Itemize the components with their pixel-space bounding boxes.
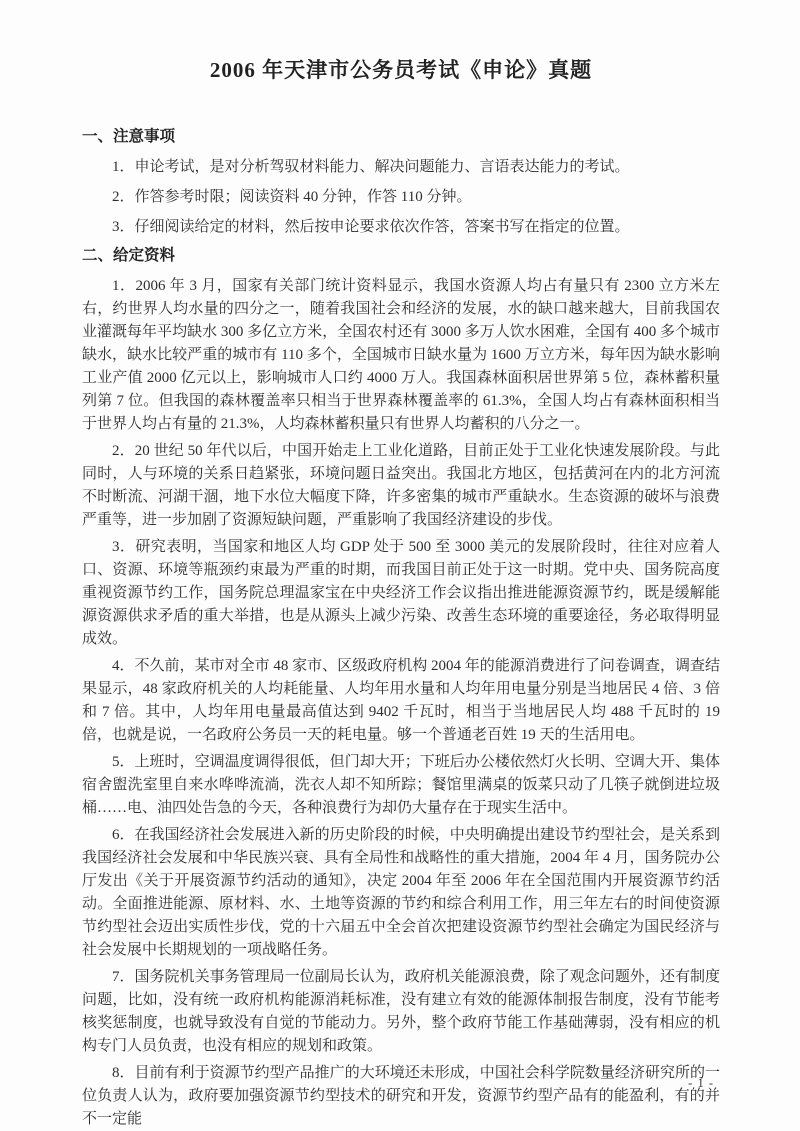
section-notice: 一、注意事项 1．申论考试，是对分析驾驭材料能力、解决问题能力、言语表达能力的考… <box>82 127 720 238</box>
material-paragraph-7: 7．国务院机关事务管理局一位副局长认为，政府机关能源浪费，除了观念问题外，还有制… <box>82 966 720 1058</box>
material-paragraph-3: 3．研究表明，当国家和地区人均 GDP 处于 500 至 3000 美元的发展阶… <box>82 536 720 651</box>
material-paragraph-4: 4．不久前，某市对全市 48 家市、区级政府机构 2004 年的能源消费进行了问… <box>82 655 720 747</box>
material-paragraph-5: 5．上班时，空调温度调得很低，但门却大开；下班后办公楼依然灯火长明、空调大开、集… <box>82 751 720 820</box>
material-paragraph-6: 6．在我国经济社会发展进入新的历史阶段的时候，中央明确提出建设节约型社会，是关系… <box>82 824 720 962</box>
notice-item-3: 3．仔细阅读给定的材料，然后按申论要求依次作答，答案书写在指定的位置。 <box>82 216 720 238</box>
notice-item-2: 2．作答参考时限；阅读资料 40 分钟，作答 110 分钟。 <box>82 186 720 208</box>
section-materials: 二、给定资料 1．2006 年 3 月，国家有关部门统计资料显示，我国水资源人均… <box>82 246 720 1131</box>
notice-item-1: 1．申论考试，是对分析驾驭材料能力、解决问题能力、言语表达能力的考试。 <box>82 156 720 178</box>
material-paragraph-1: 1．2006 年 3 月，国家有关部门统计资料显示，我国水资源人均占有量只有 2… <box>82 275 720 436</box>
material-paragraph-8: 8．目前有利于资源节约型产品推广的大环境还未形成，中国社会科学院数量经济研究所的… <box>82 1062 720 1131</box>
material-paragraph-2: 2．20 世纪 50 年代以后，中国开始走上工业化道路，目前正处于工业化快速发展… <box>82 440 720 532</box>
page-number: - 1 - <box>688 1076 714 1091</box>
document-title: 2006 年天津市公务员考试《申论》真题 <box>82 55 720 85</box>
document-page: 2006 年天津市公务员考试《申论》真题 一、注意事项 1．申论考试，是对分析驾… <box>0 0 800 1131</box>
section-heading-notice: 一、注意事项 <box>82 127 720 147</box>
section-heading-materials: 二、给定资料 <box>82 246 720 266</box>
